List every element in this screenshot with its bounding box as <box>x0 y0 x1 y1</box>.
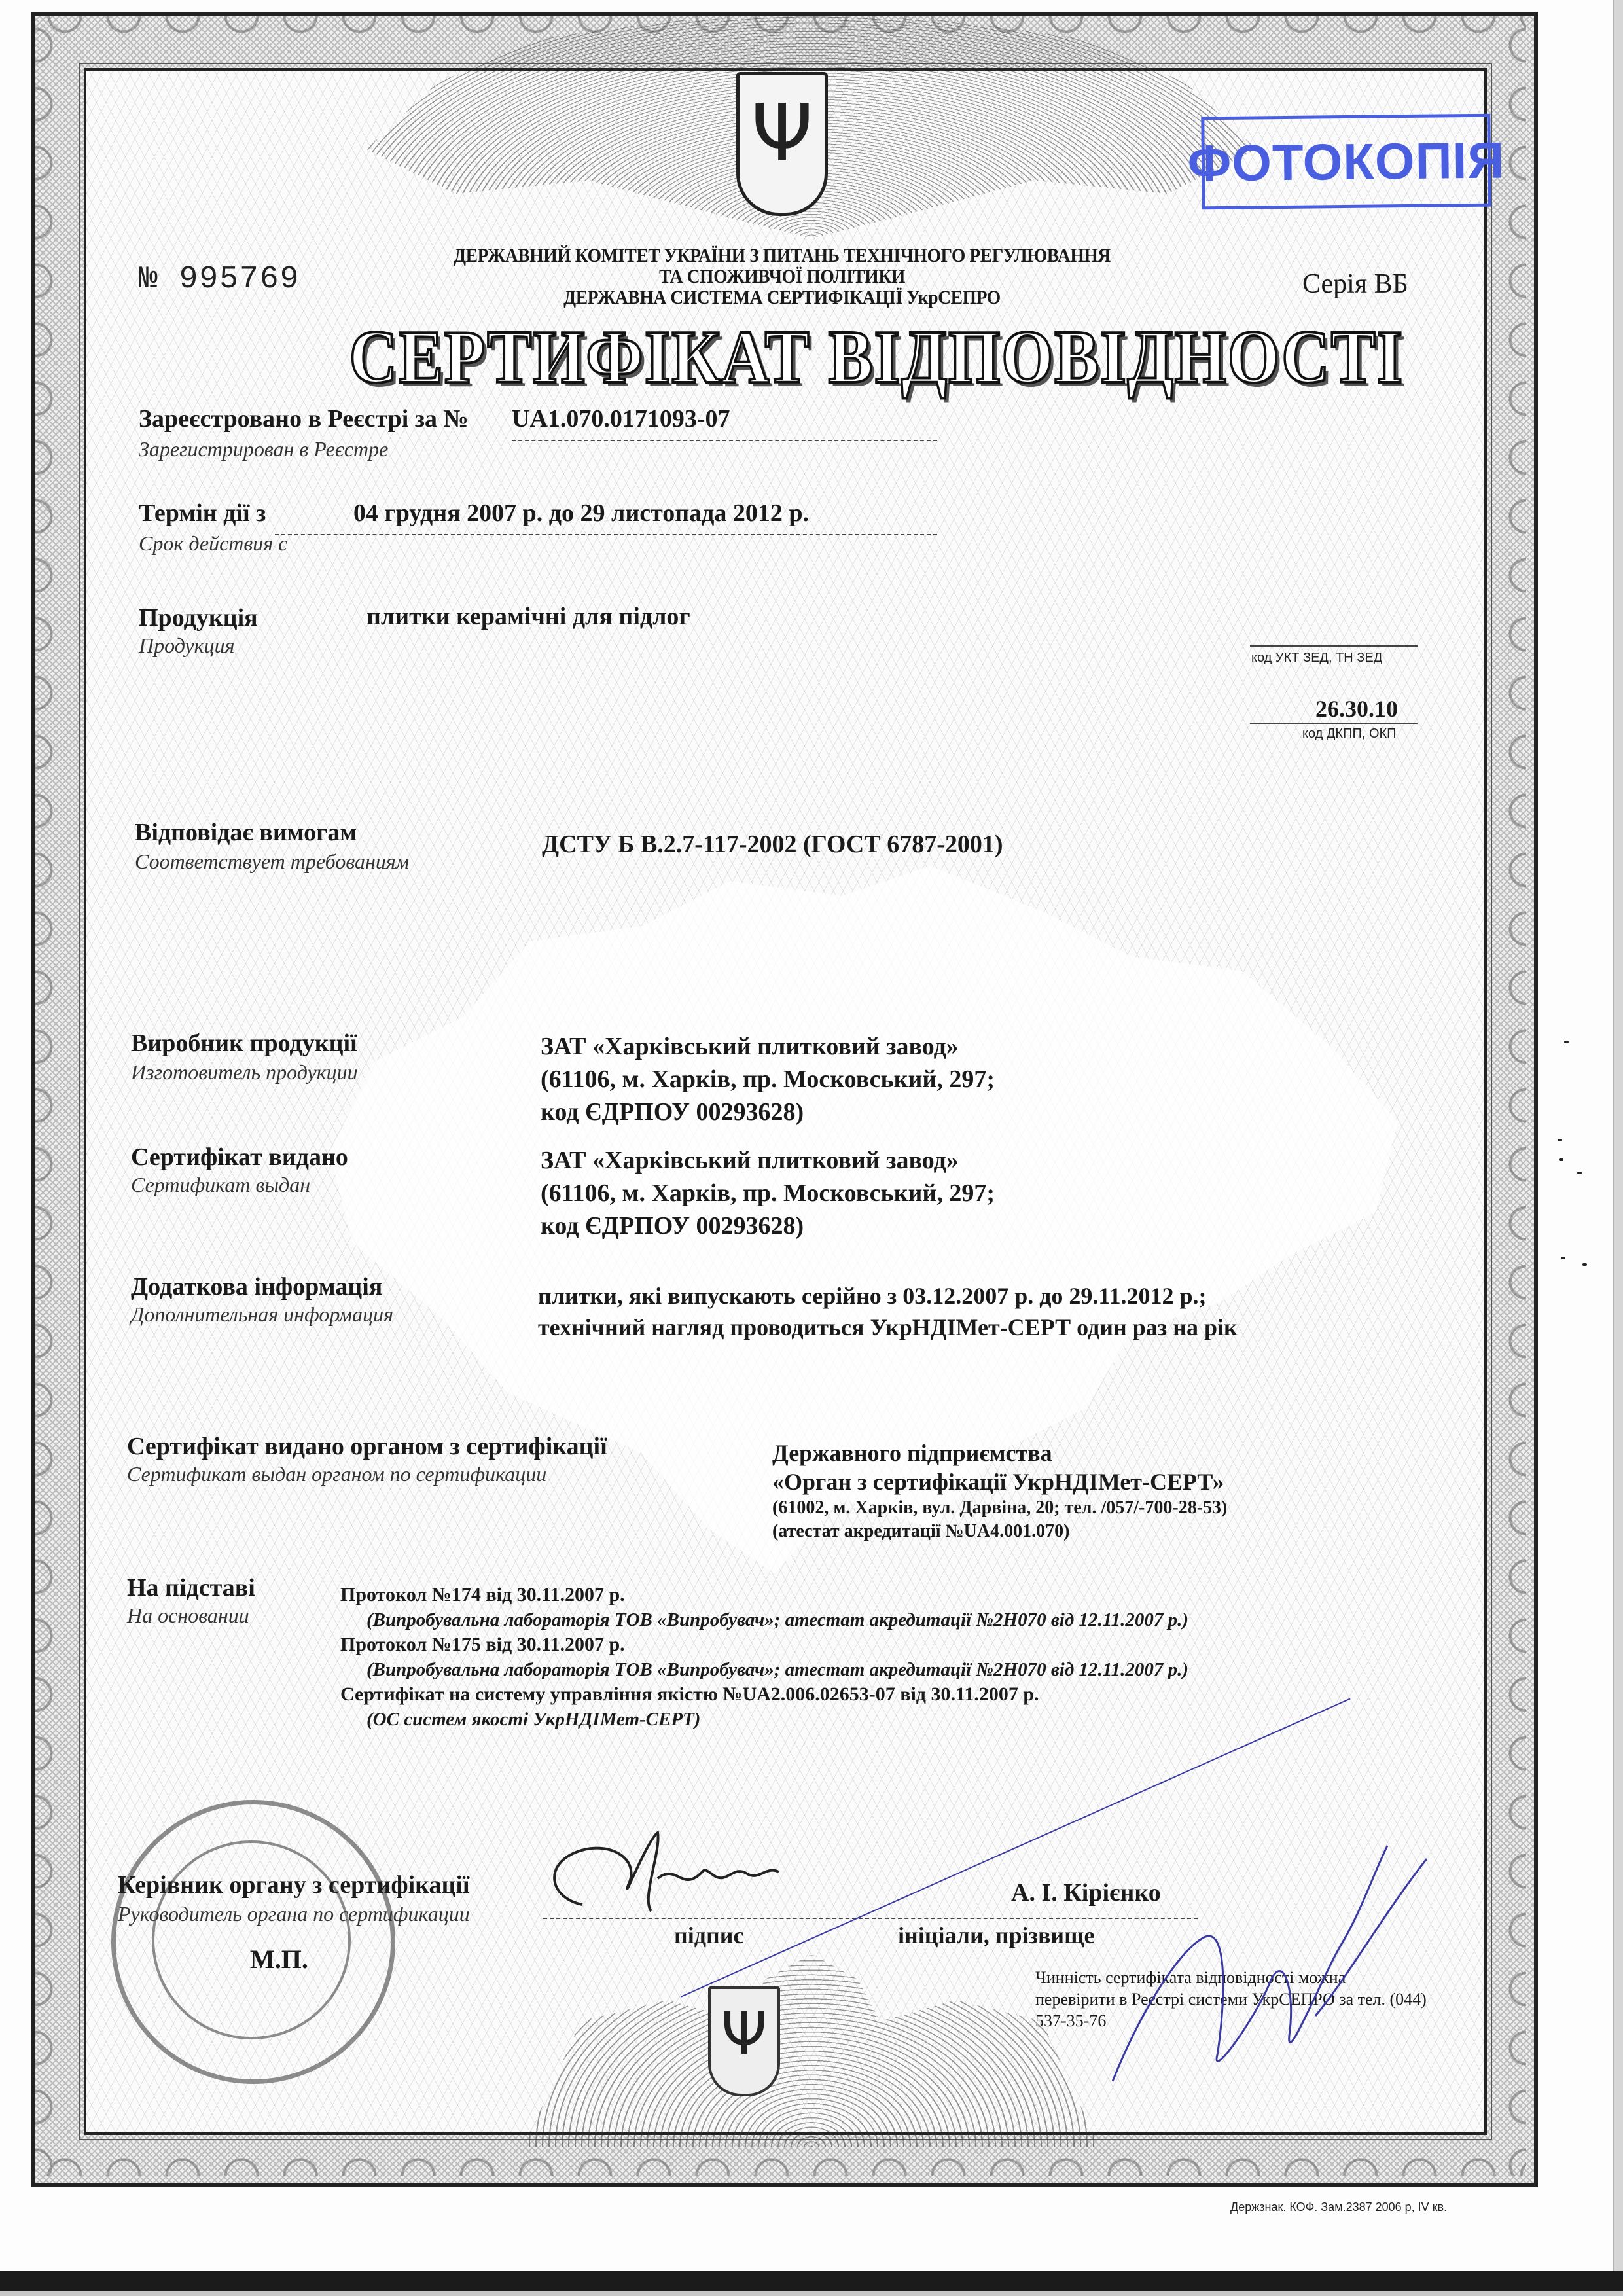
product-label: Продукція <box>139 603 258 632</box>
issued-to-line: (61106, м. Харків, пр. Московський, 297; <box>541 1177 995 1210</box>
scan-edge-right <box>1613 0 1623 2271</box>
product-label-ru: Продукция <box>139 634 235 658</box>
cert-body-line: Державного підприємства <box>772 1439 1227 1467</box>
signature-caption: підпис <box>674 1922 743 1949</box>
dkpp-code-value: 26.30.10 <box>1315 695 1398 723</box>
scan-edge-bottom <box>0 2271 1623 2291</box>
validity-label: Термін дії з <box>139 499 266 528</box>
printer-imprint: Держзнак. КОФ. Зам.2387 2006 р, IV кв. <box>1230 2200 1447 2214</box>
issuer-line-1: ДЕРЖАВНИЙ КОМІТЕТ УКРАЇНИ З ПИТАНЬ ТЕХНІ… <box>424 245 1141 266</box>
basis-item: Протокол №175 від 30.11.2007 р. <box>340 1632 1188 1657</box>
name-caption: ініціали, прізвище <box>898 1922 1095 1949</box>
dkpp-code-label: код ДКПП, ОКП <box>1302 726 1397 742</box>
dkpp-code-line <box>1250 723 1418 724</box>
additional-info-value: плитки, які випускають серійно з 03.12.2… <box>538 1280 1238 1343</box>
manufacturer-line: ЗАТ «Харківський плитковий завод» <box>541 1030 995 1063</box>
basis-list: Протокол №174 від 30.11.2007 р. (Випробу… <box>340 1583 1188 1732</box>
document-title: СЕРТИФІКАТ ВІДПОВІДНОСТІ <box>349 314 1248 401</box>
cert-body-value: Державного підприємства «Орган з сертифі… <box>772 1439 1227 1543</box>
issued-to-label: Сертифікат видано <box>131 1143 348 1172</box>
cert-body-line: (61002, м. Харків, вул. Дарвіна, 20; тел… <box>772 1496 1227 1520</box>
uktzed-code-line <box>1250 645 1418 647</box>
registered-label: Зареєстровано в Реєстрі за № <box>139 404 469 433</box>
official-seal <box>111 1800 395 2084</box>
validity-value: 04 грудня 2007 р. до 29 листопада 2012 р… <box>353 499 809 528</box>
cert-body-line: «Орган з сертифікації УкрНДІМет-СЕРТ» <box>772 1467 1227 1496</box>
requirements-label-ru: Соответствует требованиям <box>135 850 409 874</box>
additional-info-label: Додаткова інформація <box>131 1272 382 1301</box>
registered-underline <box>512 440 937 441</box>
issued-to-line: ЗАТ «Харківський плитковий завод» <box>541 1144 995 1177</box>
basis-item: Протокол №174 від 30.11.2007 р. <box>340 1583 1188 1607</box>
number-value: 995769 <box>179 262 300 297</box>
trident-glyph: Ψ <box>740 95 825 173</box>
certificate-number: № 995769 <box>139 262 300 297</box>
basis-item: (Випробувальна лабораторія ТОВ «Випробув… <box>340 1607 1188 1632</box>
basis-label: На підставі <box>127 1573 255 1602</box>
issued-to-line: код ЄДРПОУ 00293628) <box>541 1210 995 1242</box>
scan-edge-bottom-gray <box>0 2291 1623 2296</box>
manufacturer-line: код ЄДРПОУ 00293628) <box>541 1096 995 1128</box>
issuer-line-2: ТА СПОЖИВЧОЇ ПОЛІТИКИ <box>424 266 1141 287</box>
additional-info-line: плитки, які випускають серійно з 03.12.2… <box>538 1280 1238 1312</box>
number-sign: № <box>139 262 159 297</box>
issued-to-label-ru: Сертификат выдан <box>131 1173 310 1197</box>
manufacturer-line: (61106, м. Харків, пр. Московський, 297; <box>541 1063 995 1096</box>
manufacturer-label-ru: Изготовитель продукции <box>131 1060 358 1085</box>
photocopy-stamp: ФОТОКОПІЯ <box>1201 114 1491 210</box>
certificate-series: Серія ВБ <box>1302 268 1408 300</box>
additional-info-label-ru: Дополнительная информация <box>131 1302 393 1327</box>
trident-icon: Ψ <box>708 1986 780 2096</box>
manufacturer-value: ЗАТ «Харківський плитковий завод» (61106… <box>541 1030 995 1128</box>
validity-underline <box>275 534 937 535</box>
head-label-ru: Руководитель органа по сертификации <box>118 1902 470 1926</box>
basis-item: (Випробувальна лабораторія ТОВ «Випробув… <box>340 1657 1188 1682</box>
trident-glyph: Ψ <box>711 2005 777 2064</box>
additional-info-line: технічний нагляд проводиться УкрНДІМет-С… <box>538 1312 1238 1343</box>
signature-scribble <box>543 1826 844 1924</box>
basis-item: Сертифікат на систему управління якістю … <box>340 1682 1188 1707</box>
requirements-label: Відповідає вимогам <box>135 818 357 847</box>
product-value: плитки керамічні для підлог <box>366 602 690 631</box>
requirements-value: ДСТУ Б В.2.7-117-2002 (ГОСТ 6787-2001) <box>542 830 1003 859</box>
trident-icon: Ψ <box>736 72 828 216</box>
seal-mark: М.П. <box>250 1944 308 1975</box>
registered-label-ru: Зарегистрирован в Реєстре <box>139 437 388 461</box>
validity-label-ru: Срок действия с <box>139 531 287 556</box>
head-label: Керівник органу з сертифікації <box>118 1871 470 1899</box>
manufacturer-label: Виробник продукції <box>131 1029 357 1058</box>
cert-body-line: (атестат акредитації №UA4.001.070) <box>772 1520 1227 1543</box>
basis-label-ru: На основании <box>127 1604 249 1628</box>
issued-to-value: ЗАТ «Харківський плитковий завод» (61106… <box>541 1144 995 1242</box>
issuer-line-3: ДЕРЖАВНА СИСТЕМА СЕРТИФІКАЦІЇ УкрСЕПРО <box>424 287 1141 308</box>
cert-body-label-ru: Сертификат выдан органом по сертификации <box>127 1462 546 1486</box>
issuing-authority: ДЕРЖАВНИЙ КОМІТЕТ УКРАЇНИ З ПИТАНЬ ТЕХНІ… <box>424 245 1141 308</box>
blue-pen-signature <box>1099 1820 1440 2094</box>
cert-body-label: Сертифікат видано органом з сертифікації <box>127 1432 607 1461</box>
basis-item: (ОС систем якості УкрНДІМет-СЕРТ) <box>340 1707 1188 1732</box>
uktzed-code-label: код УКТ ЗЕД, ТН ЗЕД <box>1251 651 1382 666</box>
registered-value: UA1.070.0171093-07 <box>512 404 730 433</box>
